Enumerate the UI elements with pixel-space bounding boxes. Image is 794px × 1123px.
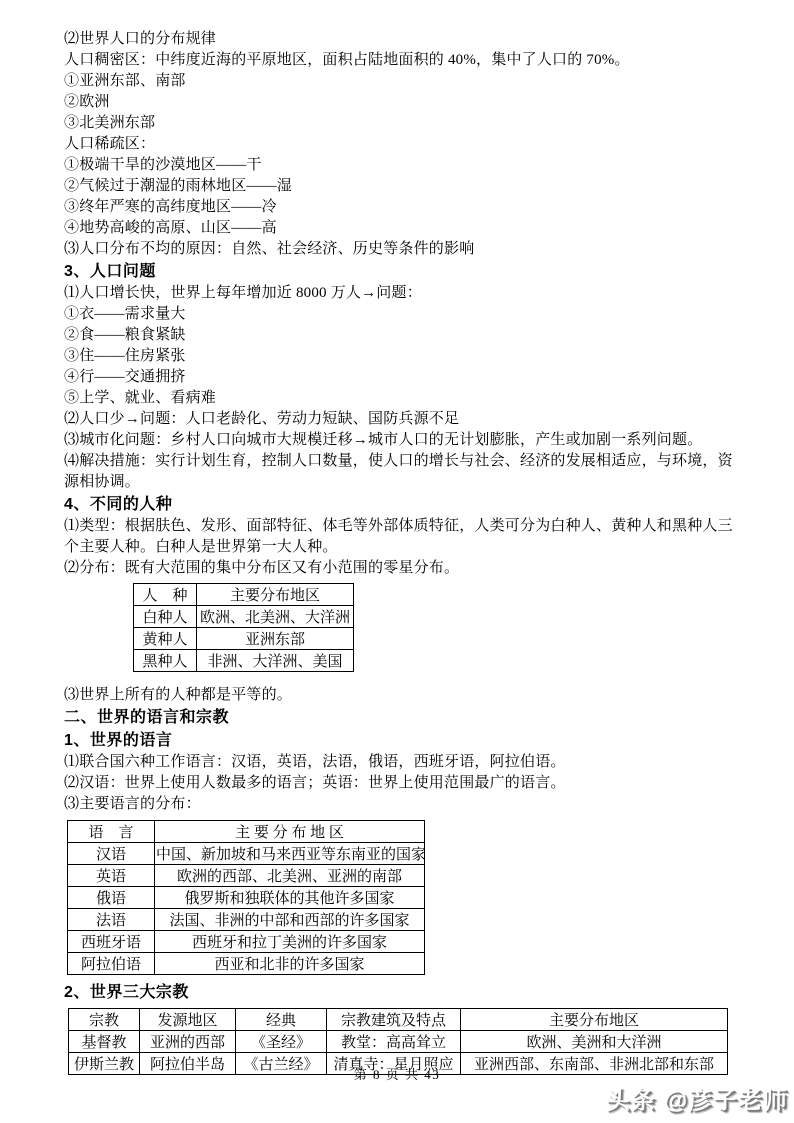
paragraph: ⑴联合国六种工作语言：汉语，英语，法语，俄语，西班牙语，阿拉伯语。 <box>64 752 740 773</box>
table-cell: 教堂：高高耸立 <box>327 1031 461 1053</box>
paragraph: ⑴人口增长快，世界上每年增加近 8000 万人→问题： <box>64 283 740 304</box>
table-cell: 黄种人 <box>134 628 197 650</box>
paragraph: ④地势高峻的高原、山区——高 <box>64 218 740 239</box>
table-row: 俄语俄罗斯和独联体的其他许多国家 <box>68 887 425 909</box>
table-cell: 欧洲、北美洲、大洋洲 <box>197 606 354 628</box>
section-heading: 2、世界三大宗教 <box>64 981 740 1004</box>
table-header-cell: 人 种 <box>134 584 197 606</box>
paragraph: ②气候过于潮湿的雨林地区——湿 <box>64 176 740 197</box>
table-header-cell: 主 要 分 布 地 区 <box>155 821 425 843</box>
paragraph: ⑶主要语言的分布： <box>64 794 740 815</box>
paragraph: ④行——交通拥挤 <box>64 367 740 388</box>
section-heading: 4、不同的人种 <box>64 493 740 516</box>
language-distribution-table: 语 言主 要 分 布 地 区汉语中国、新加坡和马来西亚等东南亚的国家英语欧洲的西… <box>67 820 425 975</box>
table-cell: 法国、非洲的中部和西部的许多国家 <box>155 909 425 931</box>
section-heading: 二、世界的语言和宗教 <box>64 706 740 729</box>
table-header-cell: 主要分布地区 <box>197 584 354 606</box>
race-distribution-table: 人 种主要分布地区白种人欧洲、北美洲、大洋洲黄种人亚洲东部黑种人非洲、大洋洲、美… <box>133 583 354 672</box>
paragraph: ⑶城市化问题：乡村人口向城市大规模迁移→城市人口的无计划膨胀，产生或加剧一系列问… <box>64 430 740 451</box>
table-cell: 非洲、大洋洲、美国 <box>197 650 354 672</box>
table-cell: 黑种人 <box>134 650 197 672</box>
table-header-cell: 宗教建筑及特点 <box>327 1009 461 1031</box>
table-cell: 欧洲的西部、北美洲、亚洲的南部 <box>155 865 425 887</box>
watermark-text: 头条 @彦子老师 <box>606 1080 788 1115</box>
paragraph: ①亚洲东部、南部 <box>64 71 740 92</box>
table-header-row: 语 言主 要 分 布 地 区 <box>68 821 425 843</box>
table-cell: 俄语 <box>68 887 155 909</box>
table-cell: 汉语 <box>68 843 155 865</box>
table-cell: 俄罗斯和独联体的其他许多国家 <box>155 887 425 909</box>
table-header-cell: 主要分布地区 <box>461 1009 728 1031</box>
table-row: 西班牙语西班牙和拉丁美洲的许多国家 <box>68 931 425 953</box>
table-header-row: 宗教发源地区经典宗教建筑及特点主要分布地区 <box>69 1009 728 1031</box>
table-cell: 亚洲东部 <box>197 628 354 650</box>
table-header-row: 人 种主要分布地区 <box>134 584 354 606</box>
table-row: 基督教亚洲的西部《圣经》教堂：高高耸立欧洲、美洲和大洋洲 <box>69 1031 728 1053</box>
table-cell: 阿拉伯语 <box>68 953 155 975</box>
paragraph: ⑷解决措施：实行计划生育，控制人口数量，使人口的增长与社会、经济的发展相适应，与… <box>64 451 740 493</box>
table-row: 法语法国、非洲的中部和西部的许多国家 <box>68 909 425 931</box>
table-cell: 欧洲、美洲和大洋洲 <box>461 1031 728 1053</box>
table-row: 黄种人亚洲东部 <box>134 628 354 650</box>
paragraph: ①衣——需求量大 <box>64 304 740 325</box>
table-row: 阿拉伯语西亚和北非的许多国家 <box>68 953 425 975</box>
paragraph: ⑵人口少→问题：人口老龄化、劳动力短缺、国防兵源不足 <box>64 409 740 430</box>
paragraph: ⑵汉语：世界上使用人数最多的语言；英语：世界上使用范围最广的语言。 <box>64 773 740 794</box>
paragraph: ③终年严寒的高纬度地区——冷 <box>64 197 740 218</box>
paragraph: ⑵分布：既有大范围的集中分布区又有小范围的零星分布。 <box>64 558 740 579</box>
paragraph: ③北美洲东部 <box>64 113 740 134</box>
document-content: ⑵世界人口的分布规律人口稠密区：中纬度近海的平原地区，面积占陆地面积的 40%，… <box>64 29 740 1075</box>
paragraph: ⑶人口分布不均的原因：自然、社会经济、历史等条件的影响 <box>64 239 740 260</box>
table-cell: 《圣经》 <box>236 1031 327 1053</box>
table-cell: 中国、新加坡和马来西亚等东南亚的国家 <box>155 843 425 865</box>
paragraph: ②食——粮食紧缺 <box>64 325 740 346</box>
table-row: 汉语中国、新加坡和马来西亚等东南亚的国家 <box>68 843 425 865</box>
paragraph: ⑴类型：根据肤色、发形、面部特征、体毛等外部体质特征，人类可分为白种人、黄种人和… <box>64 516 740 558</box>
paragraph: ⑤上学、就业、看病难 <box>64 388 740 409</box>
table-cell: 白种人 <box>134 606 197 628</box>
table-cell: 西班牙语 <box>68 931 155 953</box>
paragraph: 人口稀疏区： <box>64 134 740 155</box>
document-page: ⑵世界人口的分布规律人口稠密区：中纬度近海的平原地区，面积占陆地面积的 40%，… <box>0 0 794 1123</box>
section-heading: 1、世界的语言 <box>64 729 740 752</box>
paragraph: 人口稠密区：中纬度近海的平原地区，面积占陆地面积的 40%，集中了人口的 70%… <box>64 50 740 71</box>
paragraph: ⑵世界人口的分布规律 <box>64 29 740 50</box>
table-header-cell: 发源地区 <box>140 1009 236 1031</box>
section-heading: 3、人口问题 <box>64 260 740 283</box>
table-row: 白种人欧洲、北美洲、大洋洲 <box>134 606 354 628</box>
table-cell: 亚洲的西部 <box>140 1031 236 1053</box>
paragraph: ②欧洲 <box>64 92 740 113</box>
paragraph: ①极端干旱的沙漠地区——干 <box>64 155 740 176</box>
table-header-cell: 宗教 <box>69 1009 140 1031</box>
paragraph: ③住——住房紧张 <box>64 346 740 367</box>
table-cell: 法语 <box>68 909 155 931</box>
table-cell: 基督教 <box>69 1031 140 1053</box>
table-header-cell: 语 言 <box>68 821 155 843</box>
table-cell: 英语 <box>68 865 155 887</box>
table-cell: 西亚和北非的许多国家 <box>155 953 425 975</box>
table-cell: 西班牙和拉丁美洲的许多国家 <box>155 931 425 953</box>
table-header-cell: 经典 <box>236 1009 327 1031</box>
paragraph: ⑶世界上所有的人种都是平等的。 <box>64 685 740 706</box>
table-row: 黑种人非洲、大洋洲、美国 <box>134 650 354 672</box>
table-row: 英语欧洲的西部、北美洲、亚洲的南部 <box>68 865 425 887</box>
